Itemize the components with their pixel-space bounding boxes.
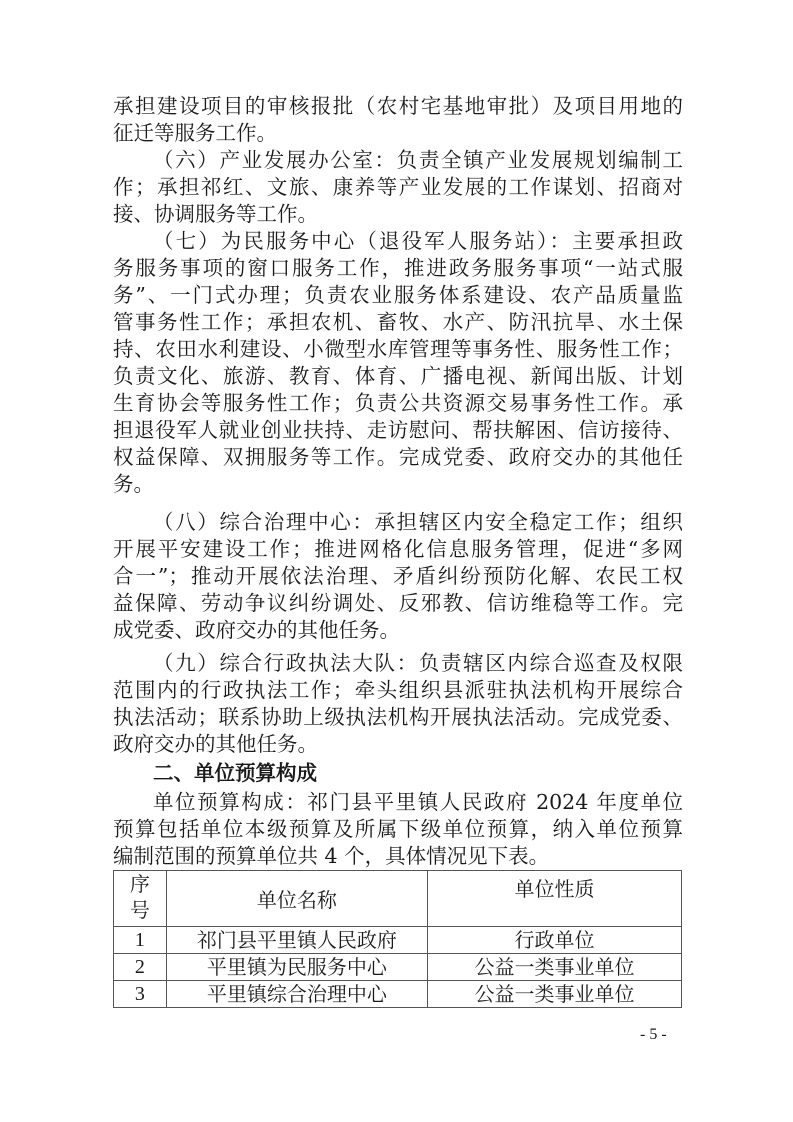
cell-name: 平里镇综合治理中心	[166, 981, 427, 1008]
paragraph-line: 务服务事项的窗口服务工作，推进政务服务事项“一站式服	[113, 255, 683, 282]
section-heading: 二、单位预算构成	[153, 760, 317, 787]
cell-type: 公益一类事业单位	[427, 981, 681, 1008]
header-no-line1: 序	[114, 871, 166, 897]
intro-line: 单位预算构成：祁门县平里镇人民政府 2024 年度单位	[153, 789, 683, 816]
paragraph-line: 开展平安建设工作；推进网格化信息服务管理，促进“多网	[113, 536, 683, 563]
paragraph-line: 征迁等服务工作。	[113, 120, 683, 147]
cell-name: 祁门县平里镇人民政府	[166, 927, 427, 954]
paragraph-line: （七）为民服务中心（退役军人服务站）：主要承担政	[153, 228, 683, 255]
paragraph-line: 负责文化、旅游、教育、体育、广播电视、新闻出版、计划	[113, 363, 683, 390]
header-no: 序 号	[114, 871, 167, 927]
paragraph-line: （六）产业发展办公室：负责全镇产业发展规划编制工	[153, 147, 683, 174]
page-number: - 5 -	[640, 1026, 667, 1044]
paragraph-line: 务。	[113, 471, 683, 498]
cell-type: 公益一类事业单位	[427, 954, 681, 981]
paragraph-line: 政府交办的其他任务。	[113, 731, 683, 758]
cell-type: 行政单位	[427, 927, 681, 954]
table-header-row: 序 号 单位名称 单位性质	[114, 871, 682, 927]
paragraph-line: 承担建设项目的审核报批（农村宅基地审批）及项目用地的	[113, 93, 683, 120]
paragraph-line: 范围内的行政执法工作；牵头组织县派驻执法机构开展综合	[113, 677, 683, 704]
paragraph-line: （九）综合行政执法大队：负责辖区内综合巡查及权限	[153, 650, 683, 677]
cell-name: 平里镇为民服务中心	[166, 954, 427, 981]
paragraph-line: 持、农田水利建设、小微型水库管理等事务性、服务性工作；	[113, 336, 683, 363]
paragraph-line: 成党委、政府交办的其他任务。	[113, 617, 683, 644]
paragraph-line: 执法活动；联系协助上级执法机构开展执法活动。完成党委、	[113, 704, 683, 731]
paragraph-line: 务”、一门式办理；负责农业服务体系建设、农产品质量监	[113, 282, 683, 309]
paragraph-line: 管事务性工作；承担农机、畜牧、水产、防汛抗旱、水土保	[113, 309, 683, 336]
header-name: 单位名称	[166, 871, 427, 927]
budget-units-table: 序 号 单位名称 单位性质 1 祁门县平里镇人民政府 行政单位 2 平里镇为民服…	[113, 870, 682, 1008]
intro-line: 编制范围的预算单位共 4 个，具体情况见下表。	[113, 843, 683, 870]
paragraph-line: 益保障、劳动争议纠纷调处、反邪教、信访维稳等工作。完	[113, 590, 683, 617]
cell-no: 2	[114, 954, 167, 981]
table-row: 2 平里镇为民服务中心 公益一类事业单位	[114, 954, 682, 981]
table-row: 3 平里镇综合治理中心 公益一类事业单位	[114, 981, 682, 1008]
paragraph-line: 合一”；推动开展依法治理、矛盾纠纷预防化解、农民工权	[113, 563, 683, 590]
header-type: 单位性质	[427, 871, 681, 927]
paragraph-line: 接、协调服务等工作。	[113, 201, 683, 228]
paragraph-line: 生育协会等服务性工作；负责公共资源交易事务性工作。承	[113, 390, 683, 417]
header-no-line2: 号	[114, 897, 166, 923]
cell-no: 3	[114, 981, 167, 1008]
paragraph-line: （八）综合治理中心：承担辖区内安全稳定工作；组织	[153, 509, 683, 536]
paragraph-line: 担退役军人就业创业扶持、走访慰问、帮扶解困、信访接待、	[113, 417, 683, 444]
paragraph-line: 作；承担祁红、文旅、康养等产业发展的工作谋划、招商对	[113, 174, 683, 201]
cell-no: 1	[114, 927, 167, 954]
intro-line: 预算包括单位本级预算及所属下级单位预算，纳入单位预算	[113, 816, 683, 843]
table-row: 1 祁门县平里镇人民政府 行政单位	[114, 927, 682, 954]
paragraph-line: 权益保障、双拥服务等工作。完成党委、政府交办的其他任	[113, 444, 683, 471]
